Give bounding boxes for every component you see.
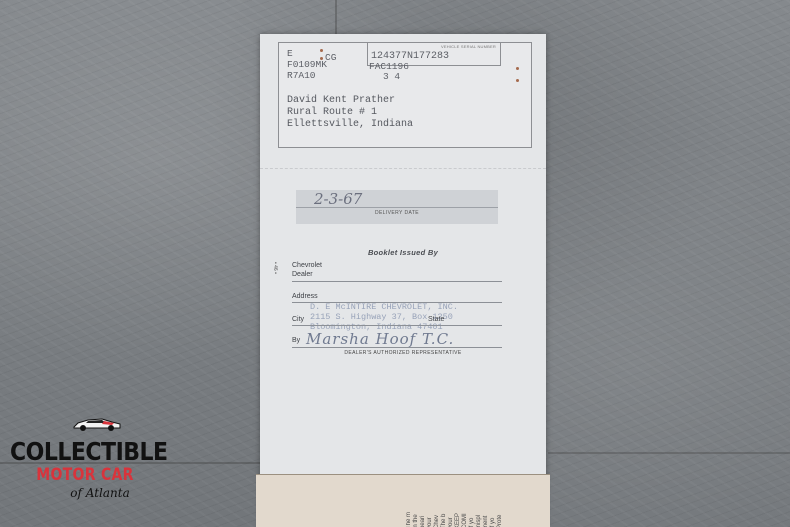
state-label: State <box>428 316 444 323</box>
logo-title: COLLECTIBLE <box>10 438 160 467</box>
dealer-rule <box>292 281 502 282</box>
address-label: Address <box>292 293 318 300</box>
signature-rule <box>292 347 502 348</box>
chevrolet-label: Chevrolet <box>292 262 322 269</box>
code-row1-left: E <box>287 49 293 59</box>
rust-stain <box>320 57 323 60</box>
delivery-date-rule <box>296 207 498 208</box>
owner-id-plate: VEHICLE SERIAL NUMBER 124377N177283 E CG… <box>278 42 532 148</box>
owner-name: David Kent Prather <box>287 95 413 107</box>
dealer-label: Dealer <box>292 271 313 278</box>
collectible-motor-car-logo: COLLECTIBLE MOTOR CAR of Atlanta <box>10 412 160 517</box>
logo-subtitle: MOTOR CAR <box>10 465 160 484</box>
delivery-date-label: DELIVERY DATE <box>296 210 498 216</box>
owner-address-block: David Kent Prather Rural Route # 1 Ellet… <box>287 95 413 131</box>
next-page-edge: The m in the beari your Chev The b your … <box>256 474 550 527</box>
rust-stain <box>320 49 323 52</box>
code-row2-left: F0109MK <box>287 60 327 70</box>
by-label: By <box>292 337 300 344</box>
logo-location: of Atlanta <box>50 486 150 500</box>
serial-label: VEHICLE SERIAL NUMBER <box>441 44 496 49</box>
signature-label: DEALER'S AUTHORIZED REPRESENTATIVE <box>260 350 546 356</box>
city-rule <box>292 325 502 326</box>
owner-city: Ellettsville, Indiana <box>287 119 413 131</box>
code-row3-left: R7A10 <box>287 71 316 81</box>
city-label: City <box>292 316 304 323</box>
side-marks: • 46 • <box>272 262 278 274</box>
code-row3-right: 3 4 <box>383 72 400 82</box>
car-silhouette-icon <box>72 416 122 432</box>
rotated-instructions: The m in the beari your Chev The b your … <box>406 481 536 527</box>
owner-street: Rural Route # 1 <box>287 107 413 119</box>
delivery-date-box: 2-3-67 DELIVERY DATE <box>296 190 498 224</box>
stamp-line-1: D. E McINTIRE CHEVROLET, INC. <box>310 302 458 312</box>
protect-o-plate-booklet: VEHICLE SERIAL NUMBER 124377N177283 E CG… <box>260 34 546 527</box>
rust-stain <box>516 67 519 70</box>
rust-stain <box>516 79 519 82</box>
dealer-signature: Marsha Hoof T.C. <box>306 330 454 348</box>
booklet-issued-by-heading: Booklet Issued By <box>260 248 546 257</box>
perforation-line <box>260 168 546 169</box>
delivery-date-handwritten: 2-3-67 <box>314 190 362 208</box>
floor-seam <box>548 452 790 454</box>
